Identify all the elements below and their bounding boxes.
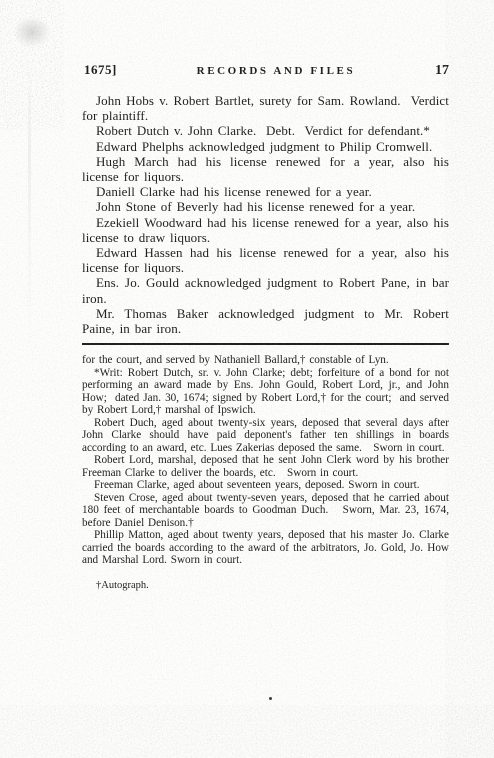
footnote-paragraph: Robert Lord, marshal, deposed that he se… xyxy=(82,454,449,479)
running-title: RECORDS AND FILES xyxy=(197,65,356,77)
footnote-divider xyxy=(82,343,449,345)
scanned-book-page: 1675] RECORDS AND FILES 17 John Hobs v. … xyxy=(0,0,494,758)
footnote-paragraph: for the court, and served by Nathaniell … xyxy=(82,354,449,367)
body-paragraph: Edward Hassen had his license renewed fo… xyxy=(82,245,449,275)
autograph-note: †Autograph. xyxy=(96,580,449,591)
body-paragraph: John Stone of Beverly had his license re… xyxy=(82,199,449,214)
body-paragraph: Daniell Clarke had his license renewed f… xyxy=(82,184,449,199)
body-paragraph: Mr. Thomas Baker acknowledged judgment t… xyxy=(82,306,449,336)
year-label: 1675] xyxy=(84,62,117,78)
footnote-paragraph: Phillip Matton, aged about twenty years,… xyxy=(82,529,449,567)
body-paragraph: Hugh March had his license renewed for a… xyxy=(82,154,449,184)
scan-smudge-topleft xyxy=(6,10,58,54)
scan-streak-left-margin xyxy=(28,60,31,360)
page-content: 1675] RECORDS AND FILES 17 John Hobs v. … xyxy=(82,0,449,591)
main-text-block: John Hobs v. Robert Bartlet, surety for … xyxy=(82,93,449,336)
footnote-block: for the court, and served by Nathaniell … xyxy=(82,354,449,567)
body-paragraph: Edward Phelphs acknowledged judgment to … xyxy=(82,139,449,154)
footnote-paragraph: Freeman Clarke, aged about seventeen yea… xyxy=(82,479,449,492)
stray-ink-dot xyxy=(269,697,272,700)
body-paragraph: Robert Dutch v. John Clarke. Debt. Verdi… xyxy=(82,123,449,138)
body-paragraph: Ens. Jo. Gould acknowledged judgment to … xyxy=(82,275,449,305)
running-header: 1675] RECORDS AND FILES 17 xyxy=(84,62,449,79)
footnote-paragraph: *Writ: Robert Dutch, sr. v. John Clarke;… xyxy=(82,367,449,417)
footnote-paragraph: Steven Crose, aged about twenty-seven ye… xyxy=(82,492,449,530)
page-number: 17 xyxy=(435,63,449,79)
body-paragraph: John Hobs v. Robert Bartlet, surety for … xyxy=(82,93,449,123)
body-paragraph: Ezekiell Woodward had his license renewe… xyxy=(82,215,449,245)
footnote-paragraph: Robert Duch, aged about twenty-six years… xyxy=(82,417,449,455)
